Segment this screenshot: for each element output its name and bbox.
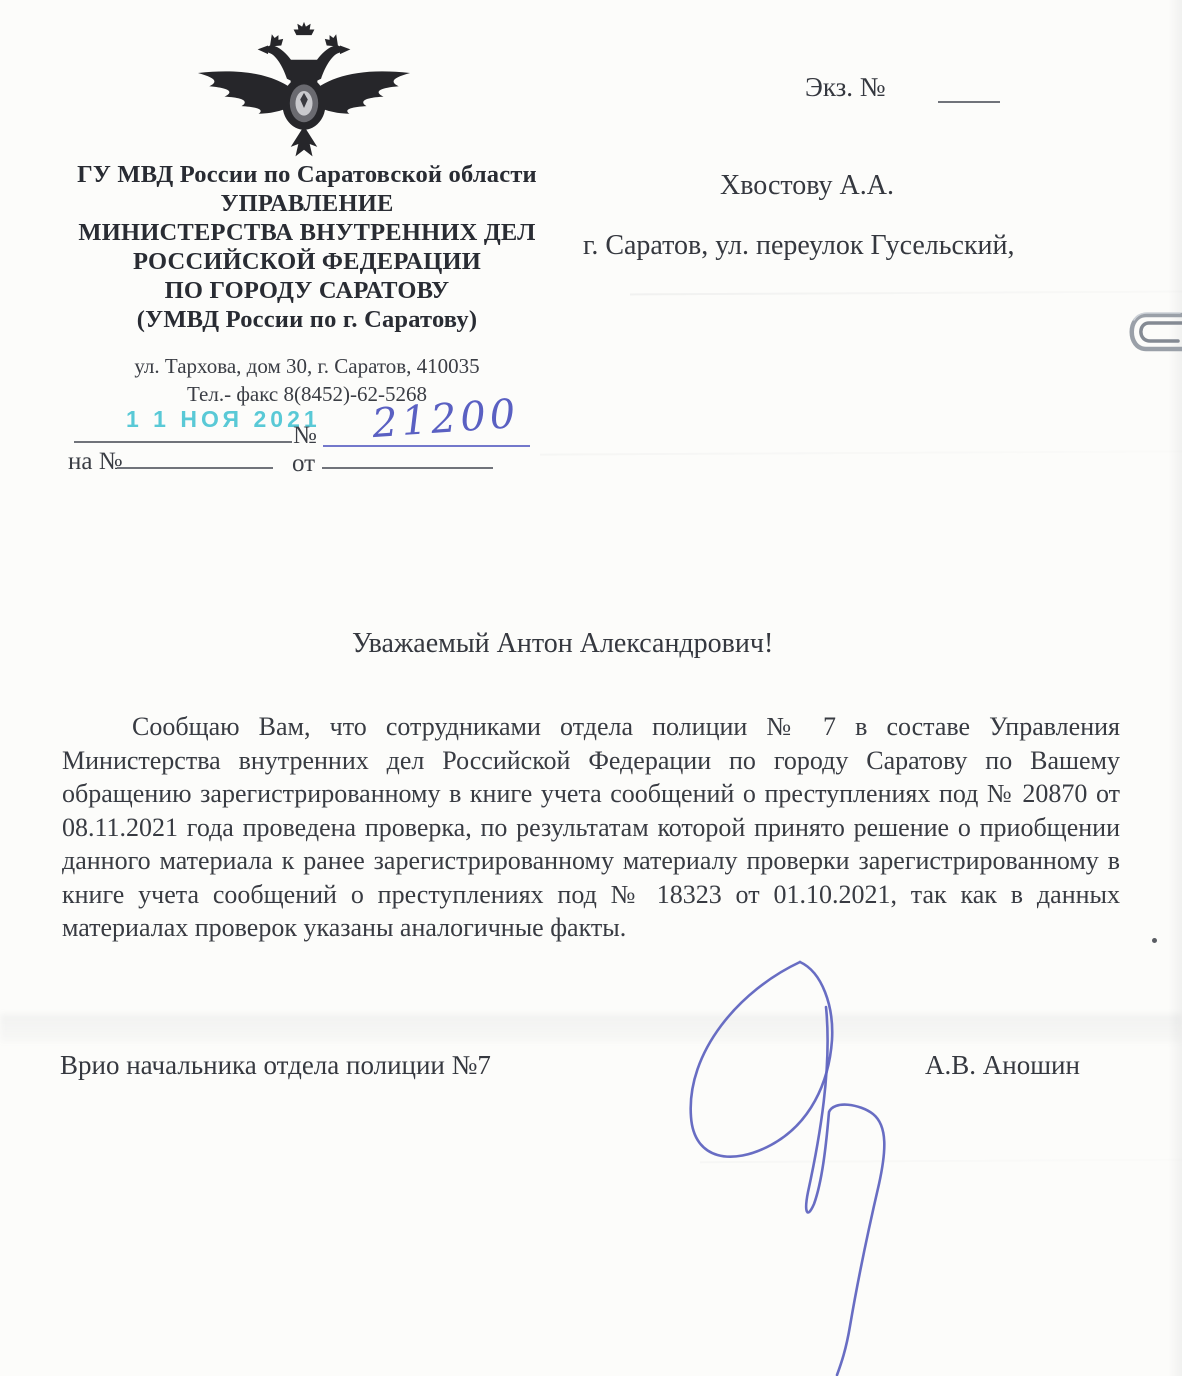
- signature-ink-icon: [620, 952, 940, 1376]
- org-line: МИНИСТЕРСТВА ВНУТРЕННИХ ДЕЛ: [60, 218, 554, 247]
- number-blank-line: [323, 444, 530, 447]
- incoming-date-blank: [322, 466, 493, 469]
- letter-page: Экз. № ГУ МВД России по Саратовской обла…: [0, 0, 1182, 1376]
- paper-crease: [630, 291, 1182, 296]
- org-line: ГУ МВД России по Саратовской области: [60, 160, 554, 189]
- recipient-name: Хвостову А.А.: [720, 170, 894, 202]
- org-line: УПРАВЛЕНИЕ: [60, 189, 554, 218]
- org-line: РОССИЙСКОЙ ФЕДЕРАЦИИ: [60, 247, 554, 276]
- ink-bleed-band: [0, 1014, 1182, 1042]
- scan-speck: [1152, 938, 1157, 943]
- incoming-number-label: на №: [68, 448, 123, 476]
- sender-org-name: ГУ МВД России по Саратовской области УПР…: [60, 160, 554, 334]
- outgoing-number-label: №: [293, 422, 317, 450]
- org-line: (УМВД России по г. Саратову): [60, 305, 554, 334]
- signer-name: А.В. Аношин: [925, 1050, 1080, 1081]
- org-line: ПО ГОРОДУ САРАТОВУ: [60, 276, 554, 305]
- date-blank-line: [74, 440, 292, 443]
- recipient-address: г. Саратов, ул. переулок Гусельский,: [583, 230, 1015, 262]
- salutation: Уважаемый Антон Александрович!: [352, 628, 773, 660]
- outgoing-number-handwritten: 21200: [371, 391, 521, 447]
- mvd-eagle-emblem-icon: [188, 20, 420, 162]
- exemplar-number-blank: [938, 100, 1000, 103]
- paperclip-icon: [1116, 302, 1182, 360]
- sender-address: ул. Тархова, дом 30, г. Саратов, 410035: [60, 352, 554, 380]
- date-stamp: 1 1 НОЯ 2021: [126, 406, 321, 433]
- body-paragraph: Сообщаю Вам, что сотрудниками отдела пол…: [62, 710, 1120, 945]
- incoming-number-blank: [117, 466, 273, 469]
- incoming-from-label: от: [292, 450, 315, 478]
- signer-position-title: Врио начальника отдела полиции №7: [60, 1050, 491, 1081]
- scan-edge-shadow: [1168, 0, 1182, 1376]
- paper-crease: [540, 450, 1182, 455]
- exemplar-label: Экз. №: [805, 72, 886, 103]
